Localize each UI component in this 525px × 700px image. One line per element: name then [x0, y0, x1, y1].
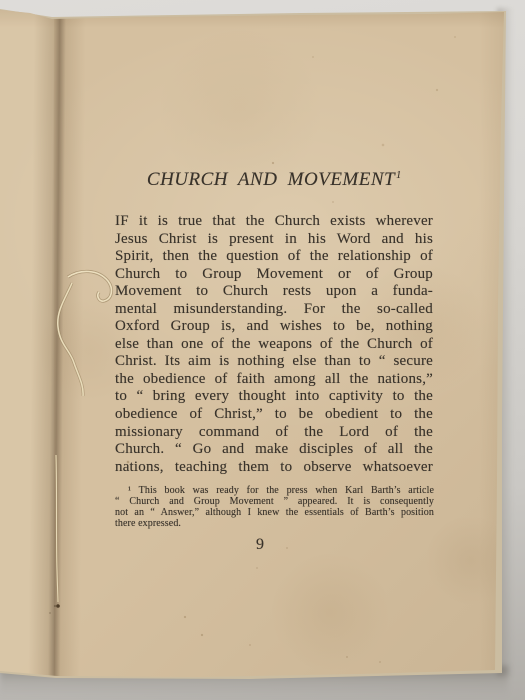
- chapter-title-text: CHURCH AND MOVEMENT: [147, 169, 395, 190]
- body-line: Spirit, then the question of the relatio…: [115, 248, 433, 266]
- body-line: Jesus Christ is present in his Word and …: [115, 231, 433, 249]
- body-line: IF it is true that the Church exists whe…: [115, 213, 433, 231]
- footnote-line: there expressed.: [115, 519, 434, 530]
- body-line: obedience of Christ,” to be obedient to …: [115, 406, 433, 424]
- binding-thread-lower: [50, 450, 66, 615]
- body-line: Oxford Group is, and wishes to be, nothi…: [115, 318, 433, 336]
- title-footnote-marker: 1: [396, 170, 401, 181]
- footnote: ¹ This book was ready for the press when…: [115, 486, 434, 530]
- body-line: Church. “ Go and make disciples of all t…: [115, 441, 433, 459]
- body-line: Movement to Church rests upon a funda-: [115, 283, 433, 301]
- book-page: CHURCH AND MOVEMENT1 IF it is true that …: [0, 0, 525, 700]
- body-line: to “ bring every thought into captivity …: [115, 388, 433, 406]
- body-text: IF it is true that the Church exists whe…: [115, 213, 433, 476]
- book-photo: CHURCH AND MOVEMENT1 IF it is true that …: [0, 0, 525, 700]
- body-line: the obedience of faith among all the nat…: [115, 371, 433, 389]
- page-number: 9: [101, 536, 419, 554]
- body-line: nations, teaching them to observe whatso…: [115, 459, 433, 477]
- body-line: mental misunderstanding. For the so-call…: [115, 301, 433, 319]
- body-line: Christ. Its aim is nothing else than to …: [115, 353, 433, 371]
- chapter-title: CHURCH AND MOVEMENT1: [115, 169, 433, 191]
- body-line: Church to Group Movement or of Group: [115, 266, 433, 284]
- body-line: else than one of the weapons of the Chur…: [115, 336, 433, 354]
- body-line: missionary command of the Lord of the: [115, 424, 433, 442]
